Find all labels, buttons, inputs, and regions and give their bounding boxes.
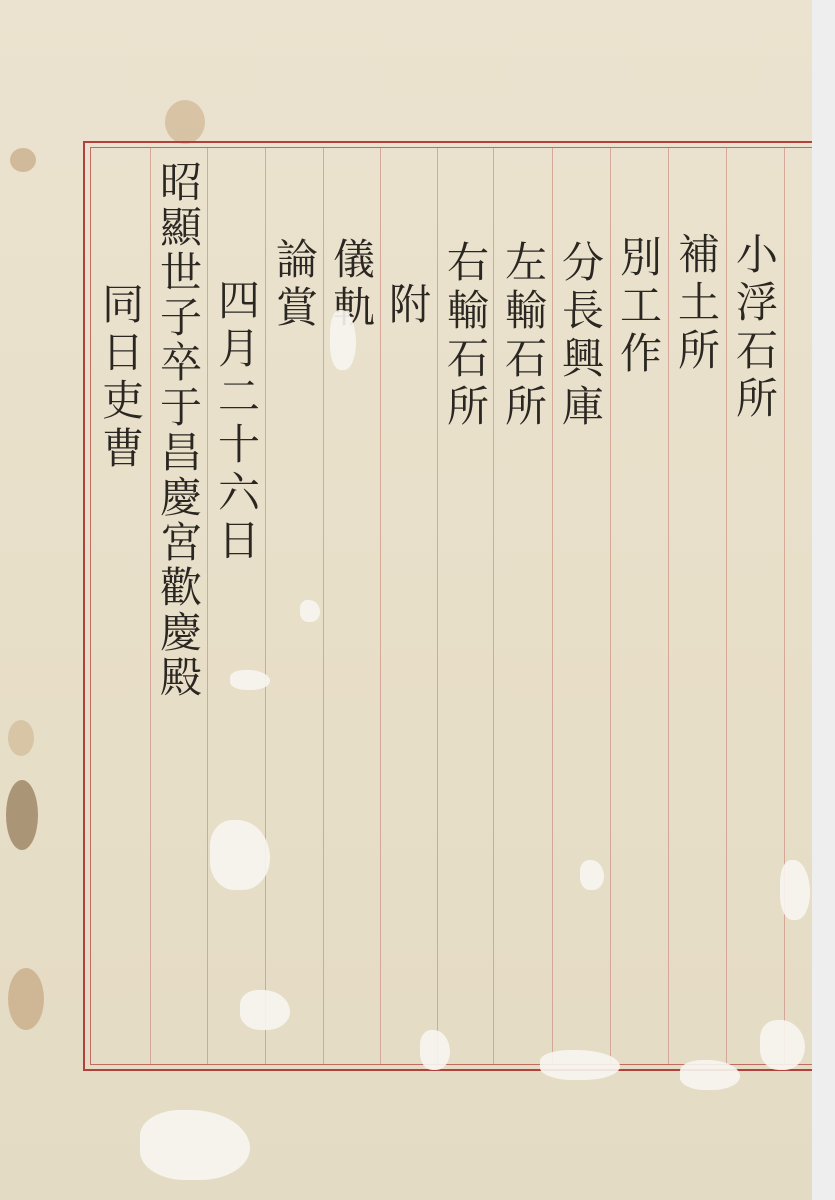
column-rule bbox=[552, 148, 553, 1064]
paper-damage bbox=[580, 860, 604, 890]
column-rule bbox=[493, 148, 494, 1064]
column-rule bbox=[784, 148, 785, 1064]
text-column-7: 附 bbox=[386, 282, 428, 330]
water-stain bbox=[8, 968, 44, 1030]
text-column-11: 昭顯世子卒于昌慶宮歡慶殿 bbox=[157, 160, 199, 700]
column-rule bbox=[380, 148, 381, 1064]
text-column-5: 左輸石所 bbox=[502, 240, 544, 432]
text-column-2: 補土所 bbox=[675, 232, 717, 376]
paper-damage bbox=[230, 670, 270, 690]
column-rule bbox=[265, 148, 266, 1064]
paper-damage bbox=[540, 1050, 620, 1080]
scan-margin bbox=[812, 0, 835, 1200]
column-rule bbox=[150, 148, 151, 1064]
column-rule bbox=[207, 148, 208, 1064]
water-stain bbox=[6, 780, 38, 850]
text-column-6: 右輸石所 bbox=[444, 240, 486, 432]
text-column-10: 四月二十六日 bbox=[215, 278, 257, 566]
text-column-4: 分長興庫 bbox=[559, 240, 601, 432]
column-rule bbox=[668, 148, 669, 1064]
text-column-12: 同日吏曹 bbox=[99, 282, 141, 474]
column-rule bbox=[437, 148, 438, 1064]
column-rule bbox=[323, 148, 324, 1064]
water-stain bbox=[165, 100, 205, 144]
paper-damage bbox=[680, 1060, 740, 1090]
water-stain bbox=[10, 148, 36, 172]
text-column-3: 別工作 bbox=[617, 235, 659, 379]
column-rule bbox=[726, 148, 727, 1064]
paper-damage bbox=[300, 600, 320, 622]
paper-damage bbox=[420, 1030, 450, 1070]
water-stain bbox=[8, 720, 34, 756]
text-column-1: 小浮石所 bbox=[733, 232, 775, 424]
column-rule bbox=[610, 148, 611, 1064]
paper-damage bbox=[760, 1020, 805, 1070]
text-column-9: 論賞 bbox=[273, 237, 315, 333]
paper-damage bbox=[240, 990, 290, 1030]
